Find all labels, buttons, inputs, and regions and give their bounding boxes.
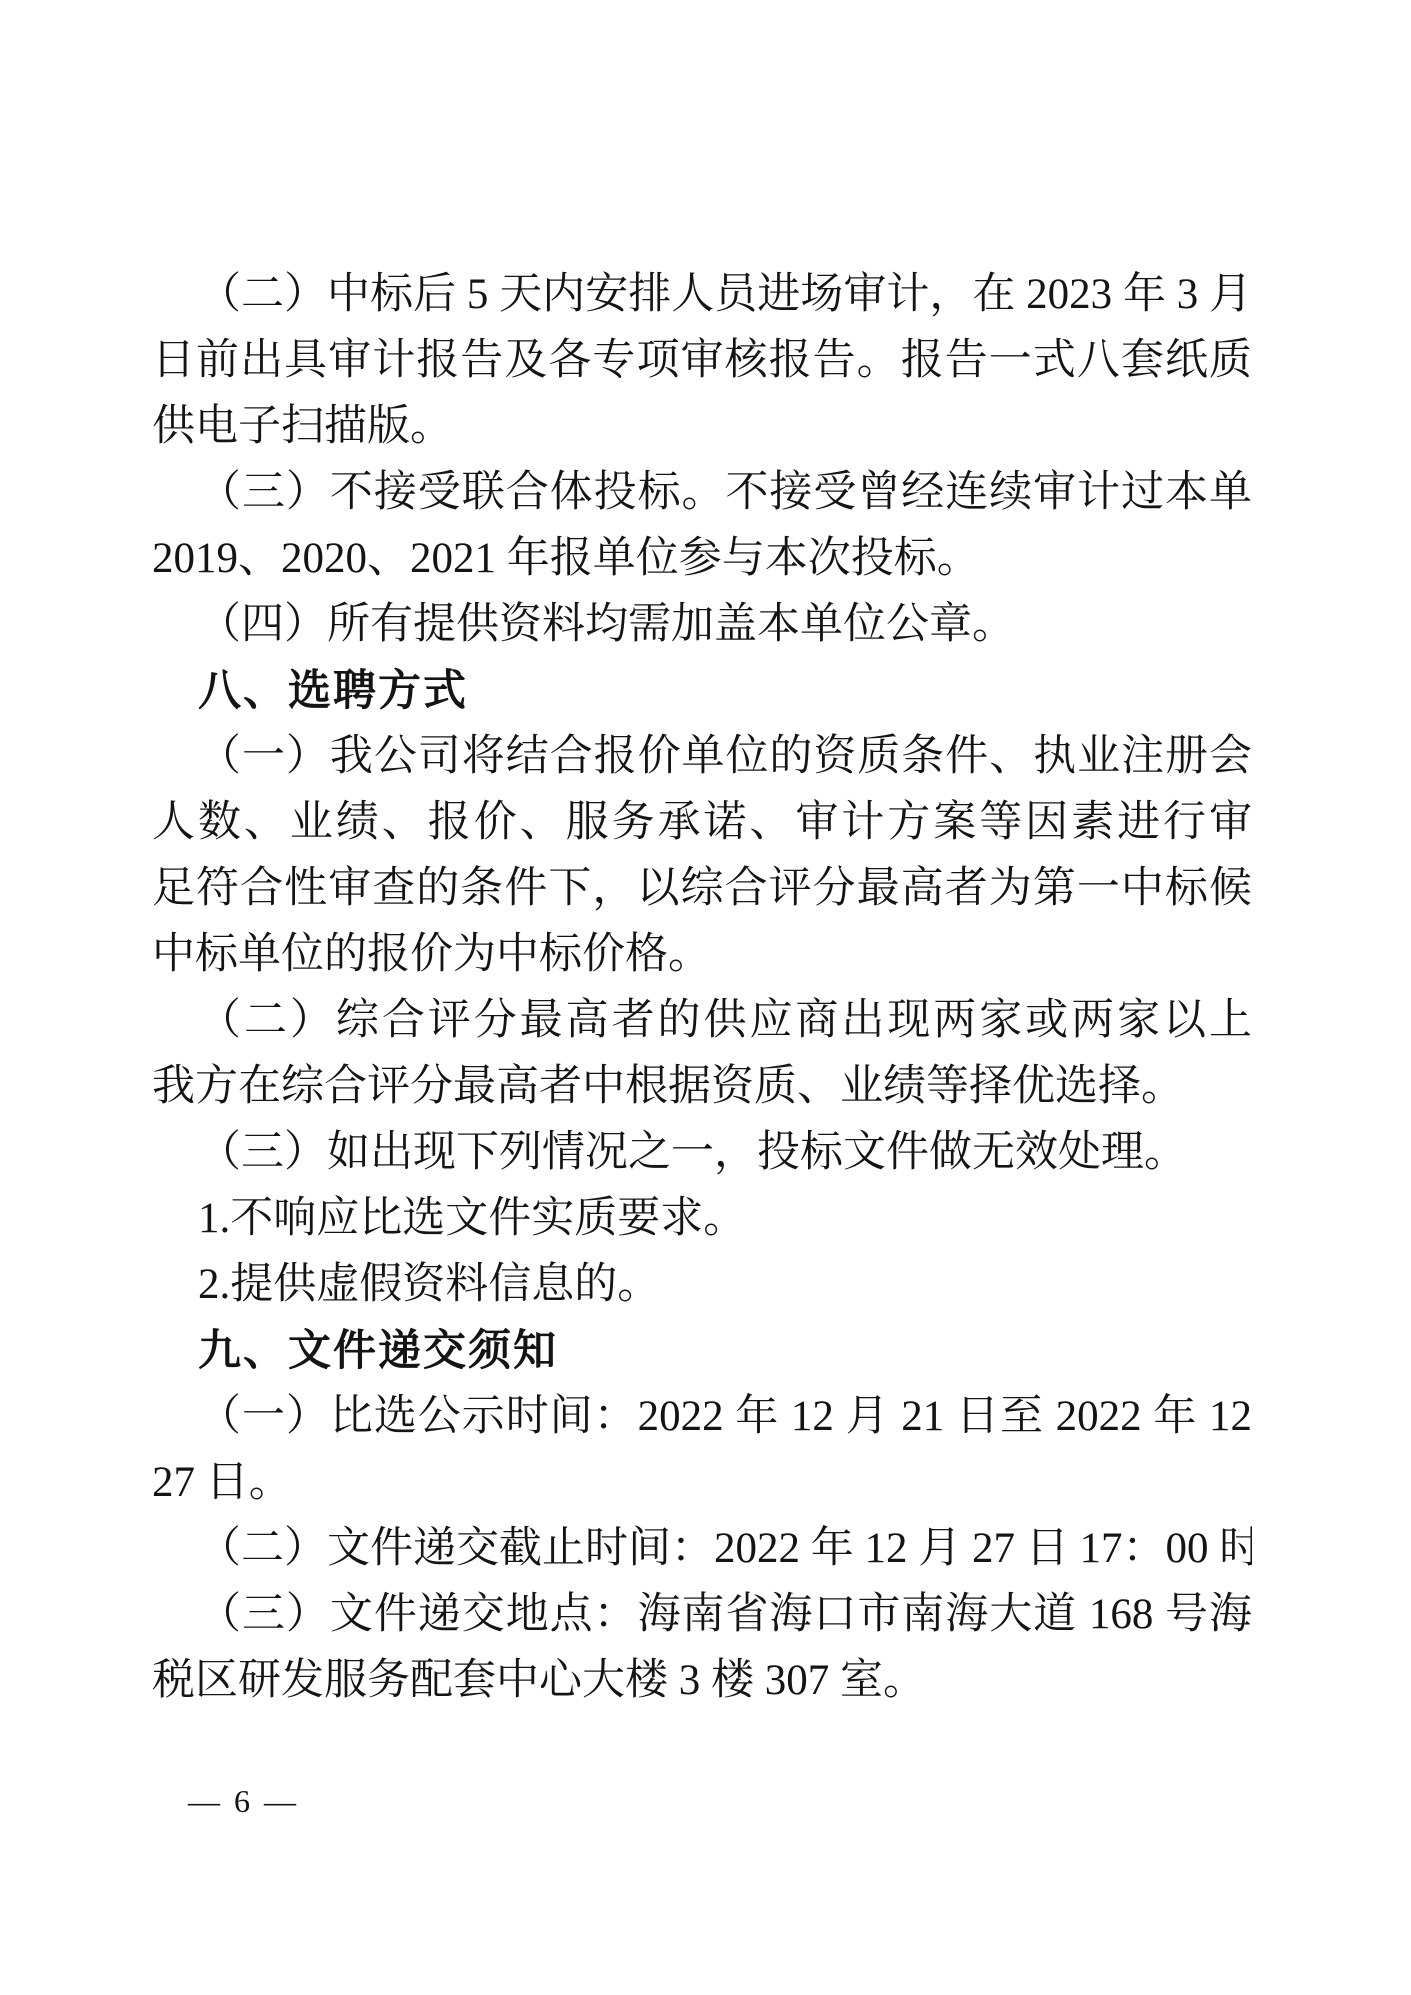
paragraph-line: 税区研发服务配套中心大楼 3 楼 307 室。 xyxy=(152,1648,1252,1714)
paragraph-line: 人数、业绩、报价、服务承诺、审计方案等因素进行审查，在满 xyxy=(152,790,1252,856)
paragraph-line: 中标单位的报价为中标价格。 xyxy=(152,922,1252,988)
document-body: （二）中标后 5 天内安排人员进场审计，在 2023 年 3 月 15 日前出具… xyxy=(152,262,1252,1714)
paragraph-line: 日前出具审计报告及各专项审核报告。报告一式八套纸质件并提 xyxy=(152,328,1252,394)
paragraph-line: （一）我公司将结合报价单位的资质条件、执业注册会计师 xyxy=(152,724,1252,790)
list-item-line: 1.不响应比选文件实质要求。 xyxy=(152,1186,1252,1252)
paragraph-line: （三）文件递交地点：海南省海口市南海大道 168 号海口保 xyxy=(152,1582,1252,1648)
paragraph-line: （二）文件递交截止时间：2022 年 12 月 27 日 17：00 时。 xyxy=(152,1516,1252,1582)
paragraph-line: （一）比选公示时间：2022 年 12 月 21 日至 2022 年 12 月 xyxy=(152,1384,1252,1450)
paragraph-line: 供电子扫描版。 xyxy=(152,394,1252,460)
paragraph-line: 2019、2020、2021 年报单位参与本次投标。 xyxy=(152,526,1252,592)
page-number: — 6 — xyxy=(188,1780,299,1822)
paragraph-line: （四）所有提供资料均需加盖本单位公章。 xyxy=(152,592,1252,658)
paragraph-line: （三）不接受联合体投标。不接受曾经连续审计过本单位 xyxy=(152,460,1252,526)
list-item-line: 2.提供虚假资料信息的。 xyxy=(152,1252,1252,1318)
paragraph-line: 27 日。 xyxy=(152,1450,1252,1516)
paragraph-line: 我方在综合评分最高者中根据资质、业绩等择优选择。 xyxy=(152,1054,1252,1120)
section-heading-selection-method: 八、选聘方式 xyxy=(152,658,1252,724)
paragraph-line: （二）综合评分最高者的供应商出现两家或两家以上时，由 xyxy=(152,988,1252,1054)
paragraph-line: （三）如出现下列情况之一，投标文件做无效处理。 xyxy=(152,1120,1252,1186)
document-page: （二）中标后 5 天内安排人员进场审计，在 2023 年 3 月 15 日前出具… xyxy=(0,0,1411,1995)
paragraph-line: （二）中标后 5 天内安排人员进场审计，在 2023 年 3 月 15 xyxy=(152,262,1252,328)
section-heading-document-submission: 九、文件递交须知 xyxy=(152,1318,1252,1384)
paragraph-line: 足符合性审查的条件下，以综合评分最高者为第一中标候选人。 xyxy=(152,856,1252,922)
